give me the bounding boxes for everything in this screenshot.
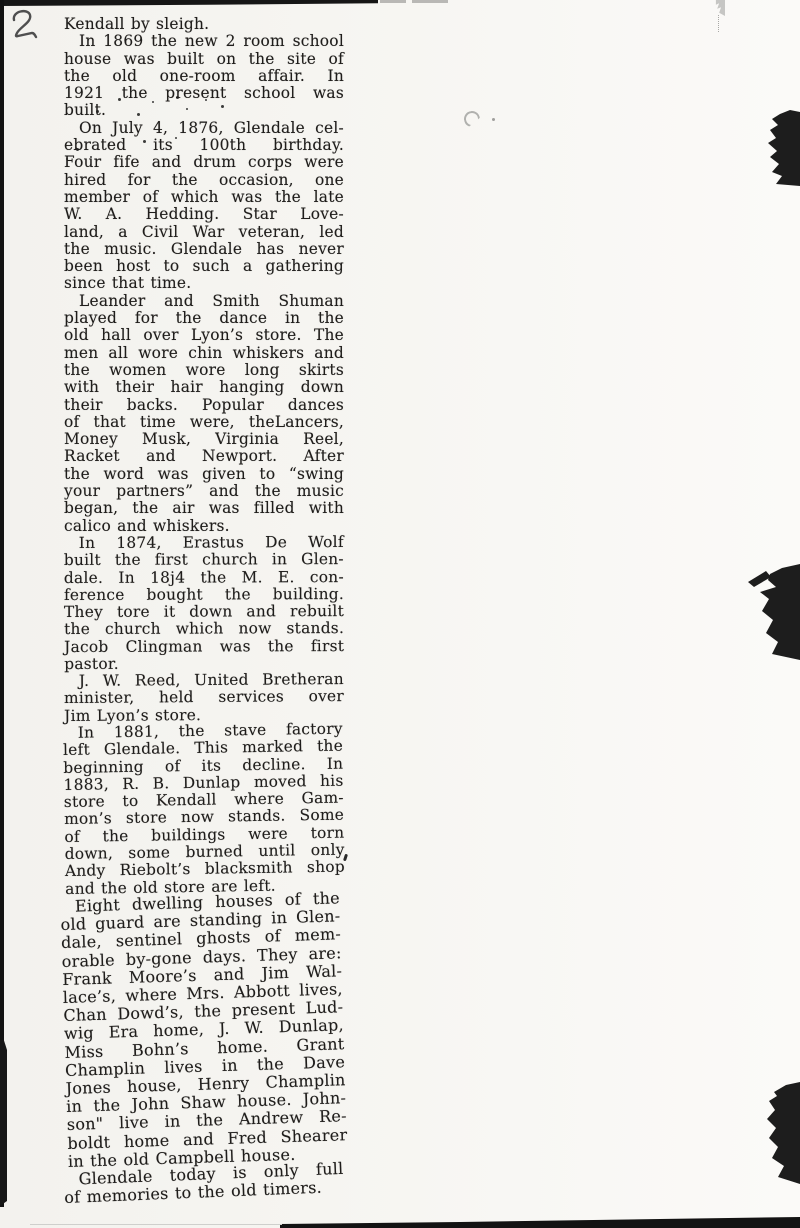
text-line: 1921 the present school was <box>64 85 344 102</box>
text-line: been host to such a gathering <box>64 258 344 275</box>
article-column: Kendall by sleigh.In 1869 the new 2 room… <box>64 16 344 1208</box>
text-line: Money Musk, Virginia Reel, <box>64 431 344 448</box>
text-line: men all wore chin whiskers and <box>64 345 344 362</box>
text-line: Racket and Newport. After <box>64 448 344 465</box>
scan-edge-top-bar <box>0 0 378 6</box>
text-line: built the first church in Glen- <box>64 551 344 569</box>
text-line: began, the air was filled with <box>64 500 344 517</box>
paragraph: J. W. Reed, United Bretheranminister, he… <box>64 671 344 725</box>
text-line: built. <box>64 102 344 119</box>
ink-smudge <box>462 109 482 129</box>
text-line: your partners” and the music <box>64 483 344 500</box>
text-line: land, a Civil War veteran, led <box>64 224 344 241</box>
text-line: In 1869 the new 2 room school <box>64 33 344 50</box>
paragraph: In 1881, the stave factoryleft Glendale.… <box>63 721 346 898</box>
text-line: of that time were, theLancers, <box>64 414 344 431</box>
text-line: ference bought the building. <box>64 586 344 604</box>
scan-top-dash <box>380 0 406 3</box>
text-line: W. A. Hedding. Star Love- <box>64 206 344 223</box>
text-line: hired for the occasion, one <box>64 172 344 189</box>
text-line: In 1874, Erastus De Wolf <box>64 534 344 552</box>
text-line: ebrated its 100th birthday. <box>64 137 344 154</box>
ink-blot-middle <box>748 556 800 660</box>
text-line: On July 4, 1876, Glendale cel- <box>64 120 344 137</box>
scan-top-right-line <box>718 15 719 32</box>
text-line: minister, held services over <box>64 689 344 708</box>
ink-blot-bottom <box>760 1080 800 1184</box>
text-line: Kendall by sleigh. <box>64 16 344 33</box>
text-line: member of which was the late <box>64 189 344 206</box>
text-line: the women wore long skirts <box>64 362 344 379</box>
scanned-newspaper-page: { "colors": { "paper": "#f6f5f1", "ink":… <box>0 0 800 1228</box>
scan-edge-left-strip-lower <box>0 1040 7 1206</box>
text-line: They tore it down and rebuilt <box>64 603 344 621</box>
paragraph: On July 4, 1876, Glendale cel-ebrated it… <box>64 120 344 293</box>
text-line: with their hair hanging down <box>64 379 344 396</box>
text-line: the word was given to “swing <box>64 466 344 483</box>
paragraph: Leander and Smith Shumanplayed for the d… <box>64 293 344 535</box>
ink-blot-top <box>764 110 800 186</box>
text-line: the old one-room affair. In <box>64 68 344 85</box>
text-line: house was built on the site of <box>64 51 344 68</box>
text-line: their backs. Popular dances <box>64 397 344 414</box>
paragraph: In 1874, Erastus De Wolfbuilt the first … <box>64 534 344 673</box>
paragraph: Eight dwelling houses of theold guard ar… <box>60 889 348 1171</box>
handwritten-page-number <box>8 6 42 50</box>
text-line: played for the dance in the <box>64 310 344 327</box>
text-line: old hall over Lyon’s store. The <box>64 327 344 344</box>
scan-edge-bottom-bar <box>280 1216 800 1228</box>
scan-top-dash <box>412 0 448 3</box>
text-line: the music. Glendale has never <box>64 241 344 258</box>
ink-speck <box>492 118 495 121</box>
paragraph: Kendall by sleigh. <box>64 16 344 33</box>
scan-top-right-mark <box>712 0 725 16</box>
text-line: Four fife and drum corps were <box>64 154 344 171</box>
paragraph: In 1869 the new 2 room schoolhouse was b… <box>64 33 344 119</box>
text-line: the church which now stands. <box>64 620 344 638</box>
scan-bottom-faint-line <box>30 1224 282 1225</box>
text-line: since that time. <box>64 275 344 292</box>
text-line: Jacob Clingman was the first <box>64 638 344 656</box>
text-line: Leander and Smith Shuman <box>64 293 344 310</box>
text-line: dale. In 18j4 the M. E. con- <box>64 569 344 587</box>
scan-edge-left-strip <box>0 0 4 1207</box>
